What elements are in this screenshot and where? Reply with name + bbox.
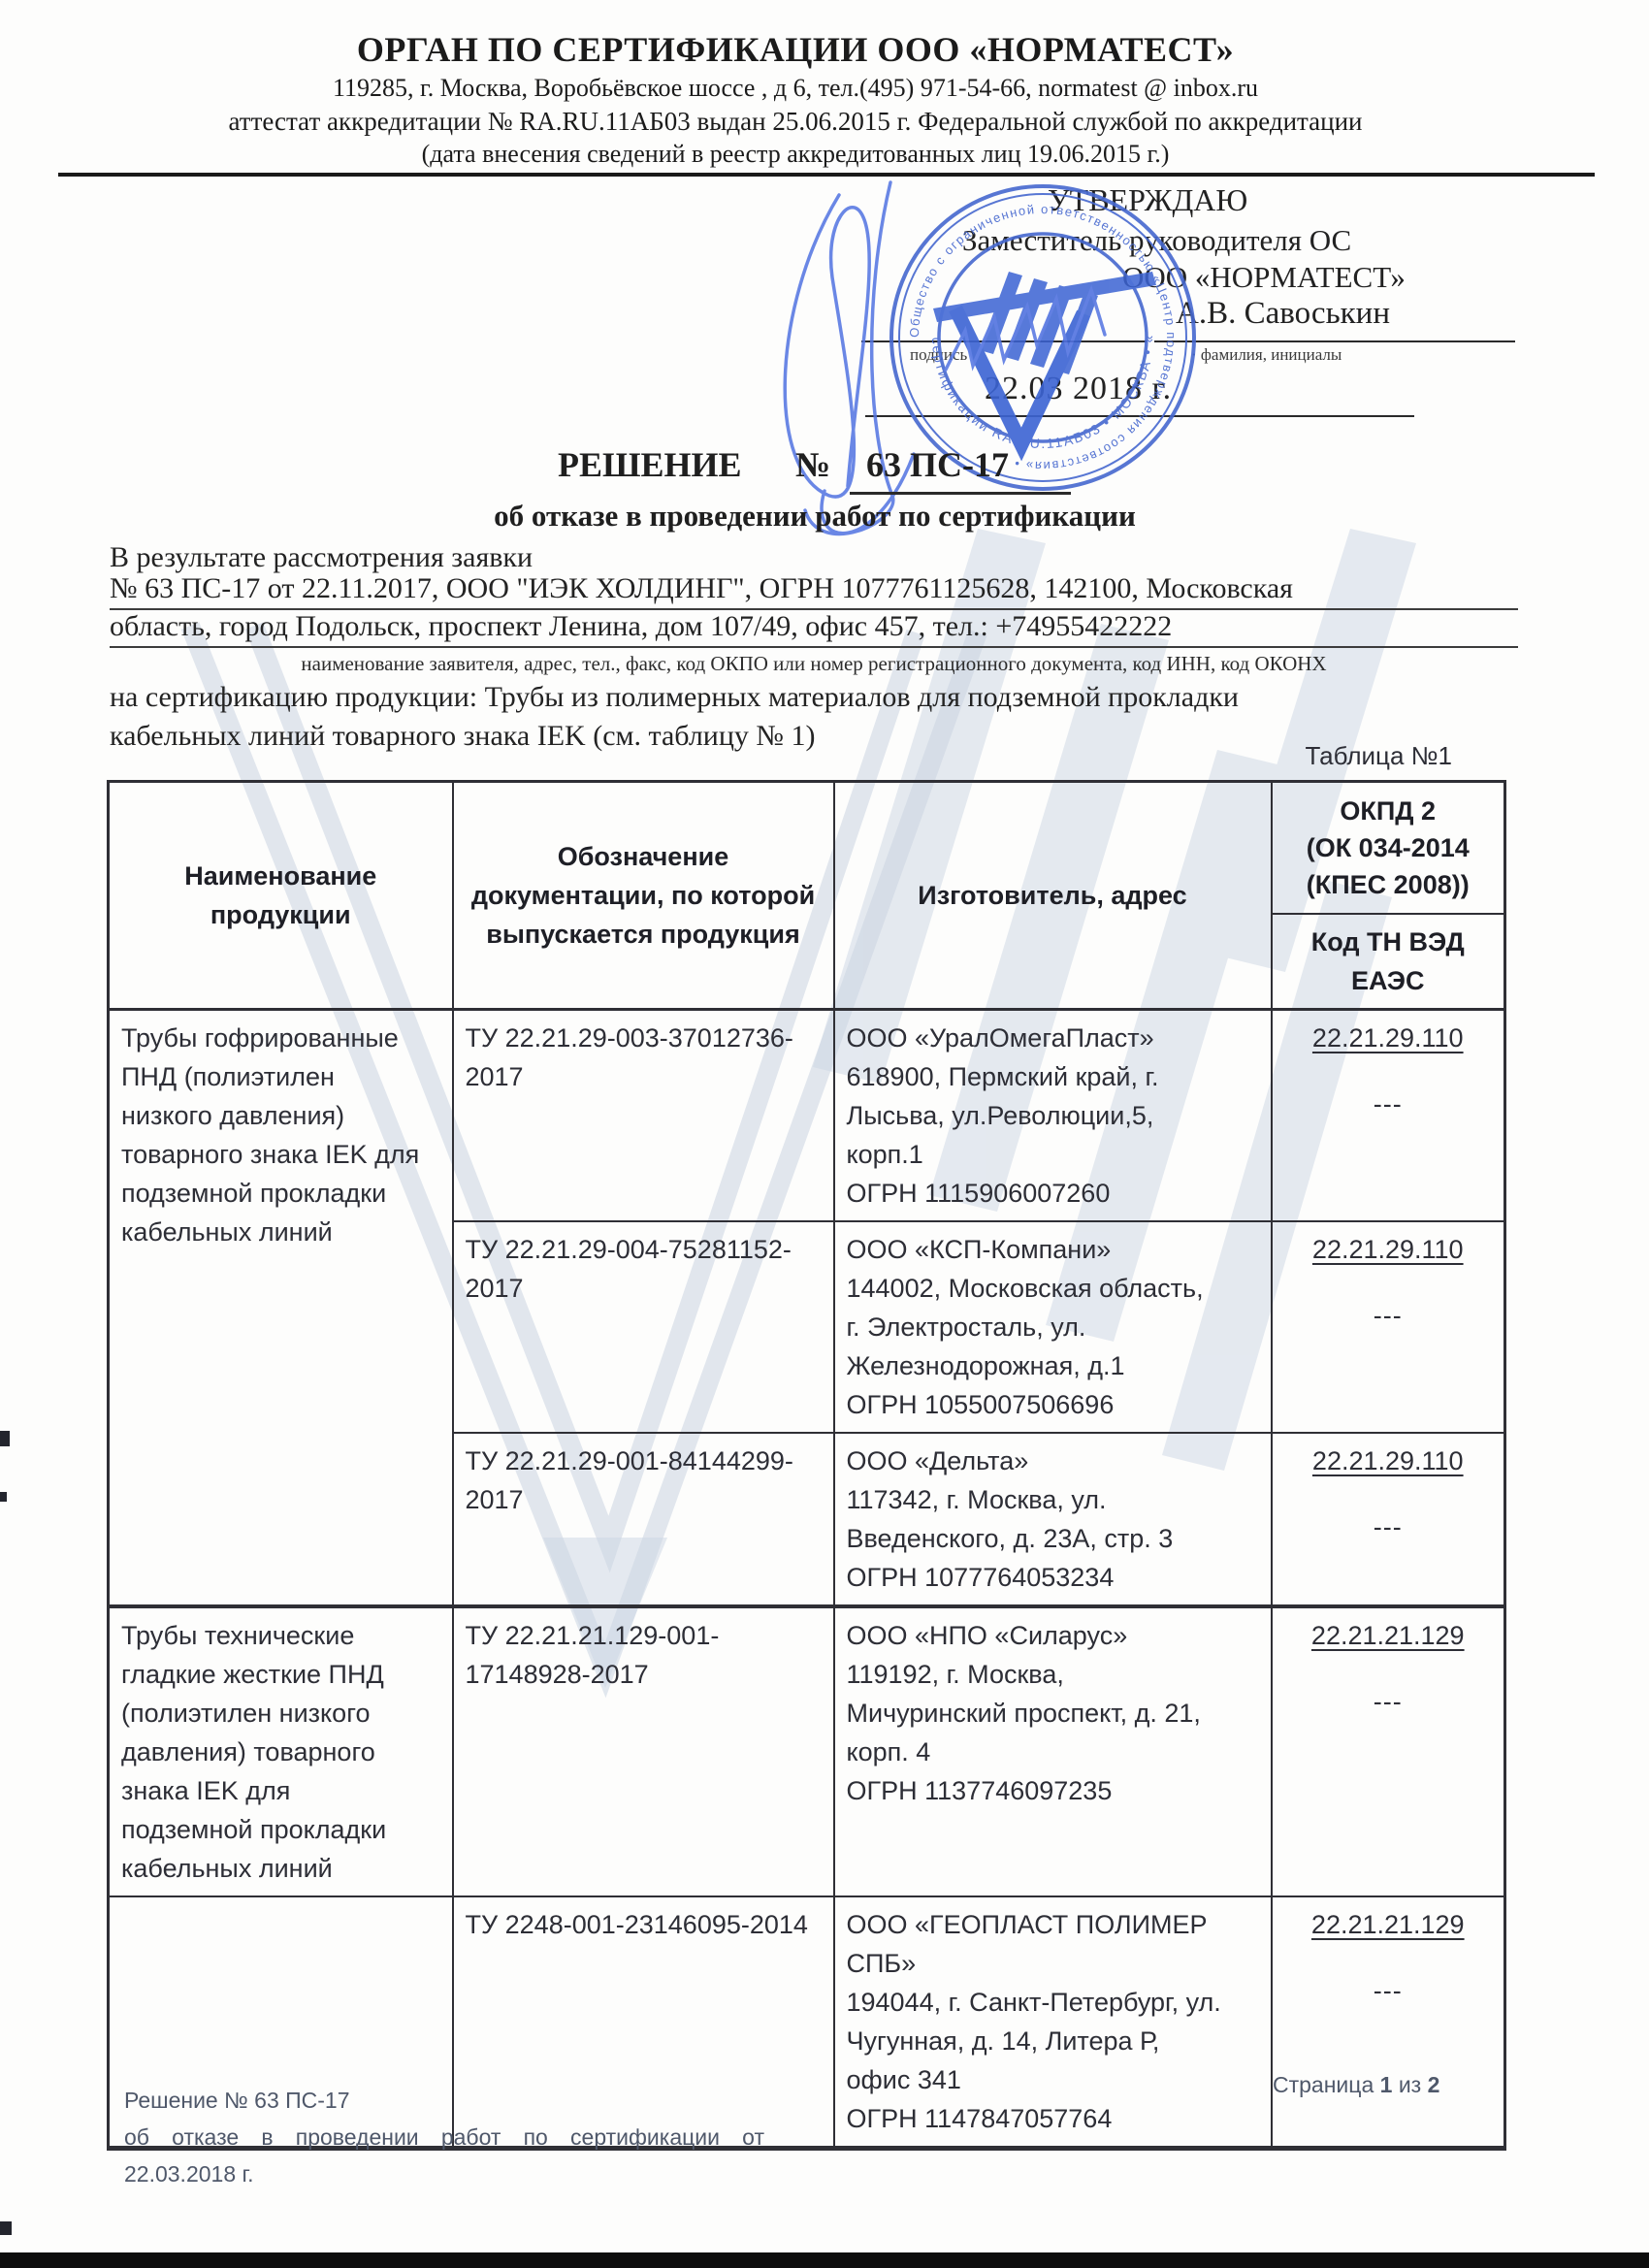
scan-edge-bar	[0, 2252, 1649, 2268]
table-row: Трубы гофрированные ПНД (полиэтилен низк…	[109, 1010, 1505, 1222]
page-of-word: из	[1399, 2072, 1421, 2097]
decision-subtitle: об отказе в проведении работ по сертифик…	[112, 499, 1518, 534]
applicant-line1: № 63 ПС-17 от 22.11.2017, ООО "ИЭК ХОЛДИ…	[110, 572, 1518, 610]
cell-doc: ТУ 22.21.29-003-37012736- 2017	[453, 1010, 834, 1222]
decision-number: 63 ПС-17	[866, 444, 1009, 485]
tnved-code: ---	[1284, 1971, 1493, 2010]
okpd-code: 22.21.21.129	[1284, 1905, 1493, 1944]
tnved-code: ---	[1284, 1682, 1493, 1721]
approval-date: 22.03 2018 г.	[985, 371, 1172, 407]
cell-product-name: Трубы гофрированные ПНД (полиэтилен низк…	[109, 1010, 453, 1607]
cell-maker: ООО «КСП-Компани» 144002, Московская обл…	[834, 1221, 1272, 1433]
product-line1: на сертификацию продукции: Трубы из поли…	[110, 681, 1239, 714]
cell-maker: ООО «Дельта» 117342, г. Москва, ул. Введ…	[834, 1433, 1272, 1606]
applicant-line2: область, город Подольск, проспект Ленина…	[110, 610, 1518, 648]
cell-maker: ООО «НПО «Силарус» 119192, г. Москва, Ми…	[834, 1606, 1272, 1896]
cell-doc: ТУ 22.21.29-004-75281152- 2017	[453, 1221, 834, 1433]
intro-line: В результате рассмотрения заявки	[110, 541, 533, 574]
table-header-row: Наименование продукции Обозначение докум…	[109, 782, 1505, 915]
cell-codes: 22.21.29.110 ---	[1272, 1221, 1505, 1433]
approver-position-line1: Заместитель руководителя ОС	[962, 223, 1351, 258]
col-header-maker: Изготовитель, адрес	[834, 782, 1272, 1010]
table-row: Трубы технические гладкие жесткие ПНД (п…	[109, 1606, 1505, 1896]
tnved-code: ---	[1284, 1085, 1493, 1123]
cell-maker: ООО «ГЕОПЛАСТ ПОЛИМЕР СПБ» 194044, г. Са…	[834, 1896, 1272, 2149]
table-caption: Таблица №1	[110, 741, 1452, 771]
accreditation-line: аттестат аккредитации № RA.RU.11АБ03 выд…	[39, 105, 1552, 138]
cell-codes: 22.21.21.129 ---	[1272, 1896, 1505, 2149]
signature-line	[861, 340, 1147, 342]
cell-maker: ООО «УралОмегаПласт» 618900, Пермский кр…	[834, 1010, 1272, 1222]
applicant-caption: наименование заявителя, адрес, тел., фак…	[110, 652, 1518, 676]
col-header-tnved: Код ТН ВЭД ЕАЭС	[1272, 914, 1505, 1010]
scan-mark	[0, 1492, 7, 1502]
registry-line: (дата внесения сведений в реестр аккреди…	[39, 138, 1552, 171]
page-word: Страница	[1273, 2072, 1374, 2097]
approve-label: УТВЕРЖДАЮ	[1048, 182, 1247, 218]
decision-title-word: РЕШЕНИЕ	[558, 444, 742, 485]
decision-number-sign: №	[795, 444, 830, 485]
footer-doc-ref-line3: 22.03.2018 г.	[124, 2159, 253, 2188]
signature-caption: подпись	[910, 345, 967, 365]
approver-position-line2: ООО «НОРМАТЕСТ»	[1122, 260, 1406, 295]
footer-doc-ref-line1: Решение № 63 ПС-17	[124, 2086, 350, 2115]
okpd-code: 22.21.29.110	[1284, 1442, 1493, 1480]
page-number: 1	[1380, 2072, 1393, 2097]
page-indicator: Страница 1 из 2	[1273, 2070, 1439, 2099]
decision-number-underline	[850, 492, 1071, 495]
okpd-code: 22.21.29.110	[1284, 1019, 1493, 1057]
name-caption: · фамилия, инициалы	[1191, 345, 1342, 365]
col-header-name: Наименование продукции	[109, 782, 453, 1010]
tnved-code: ---	[1284, 1507, 1493, 1546]
page-total: 2	[1428, 2072, 1440, 2097]
cell-product-name: Трубы технические гладкие жесткие ПНД (п…	[109, 1606, 453, 1896]
date-line	[865, 415, 1414, 417]
cell-codes: 22.21.21.129 ---	[1272, 1606, 1505, 1896]
org-address: 119285, г. Москва, Воробьёвское шоссе , …	[39, 72, 1552, 105]
okpd-code: 22.21.29.110	[1284, 1230, 1493, 1269]
name-line	[1154, 340, 1515, 342]
scan-mark	[0, 2221, 12, 2235]
products-table: Наименование продукции Обозначение докум…	[107, 780, 1506, 2151]
okpd-code: 22.21.21.129	[1284, 1616, 1493, 1655]
org-title: ОРГАН ПО СЕРТИФИКАЦИИ ООО «НОРМАТЕСТ»	[39, 27, 1552, 72]
tnved-code: ---	[1284, 1296, 1493, 1335]
letterhead: ОРГАН ПО СЕРТИФИКАЦИИ ООО «НОРМАТЕСТ» 11…	[39, 27, 1552, 171]
approver-name: А.В. Савоськин	[1176, 296, 1390, 332]
scan-mark	[0, 1431, 10, 1446]
col-header-okpd: ОКПД 2 (ОК 034-2014 (КПЕС 2008))	[1272, 782, 1505, 915]
cell-doc: ТУ 22.21.29-001-84144299- 2017	[453, 1433, 834, 1606]
cell-doc: ТУ 2248-001-23146095-2014	[453, 1896, 834, 2149]
cell-codes: 22.21.29.110 ---	[1272, 1010, 1505, 1222]
cell-doc: ТУ 22.21.21.129-001- 17148928-2017	[453, 1606, 834, 1896]
col-header-doc: Обозначение документации, по которой вып…	[453, 782, 834, 1010]
header-divider	[58, 173, 1595, 177]
cell-codes: 22.21.29.110 ---	[1272, 1433, 1505, 1606]
scanned-decision-document: ОРГАН ПО СЕРТИФИКАЦИИ ООО «НОРМАТЕСТ» 11…	[0, 0, 1649, 2268]
footer-doc-ref-line2: об отказе в проведении работ по сертифик…	[124, 2122, 764, 2152]
